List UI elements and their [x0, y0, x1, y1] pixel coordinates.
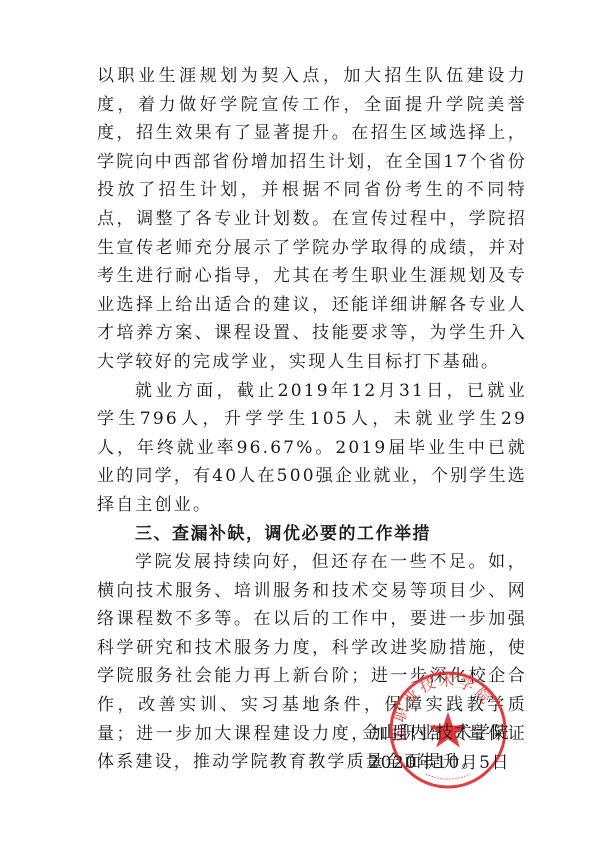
section-heading-3: 三、查漏补缺，调优必要的工作举措: [97, 520, 527, 549]
signature-date: 2020年10月5日: [362, 748, 510, 778]
signature-block: 金山职业技术学院 2020年10月5日: [362, 718, 510, 778]
paragraph-recruitment: 以职业生涯规划为契入点，加大招生队伍建设力度，着力做好学院宣传工作，全面提升学院…: [97, 62, 527, 377]
paragraph-employment: 就业方面，截止2019年12月31日，已就业学生796人，升学学生105人，未就…: [97, 377, 527, 520]
signature-organization: 金山职业技术学院: [362, 718, 510, 748]
